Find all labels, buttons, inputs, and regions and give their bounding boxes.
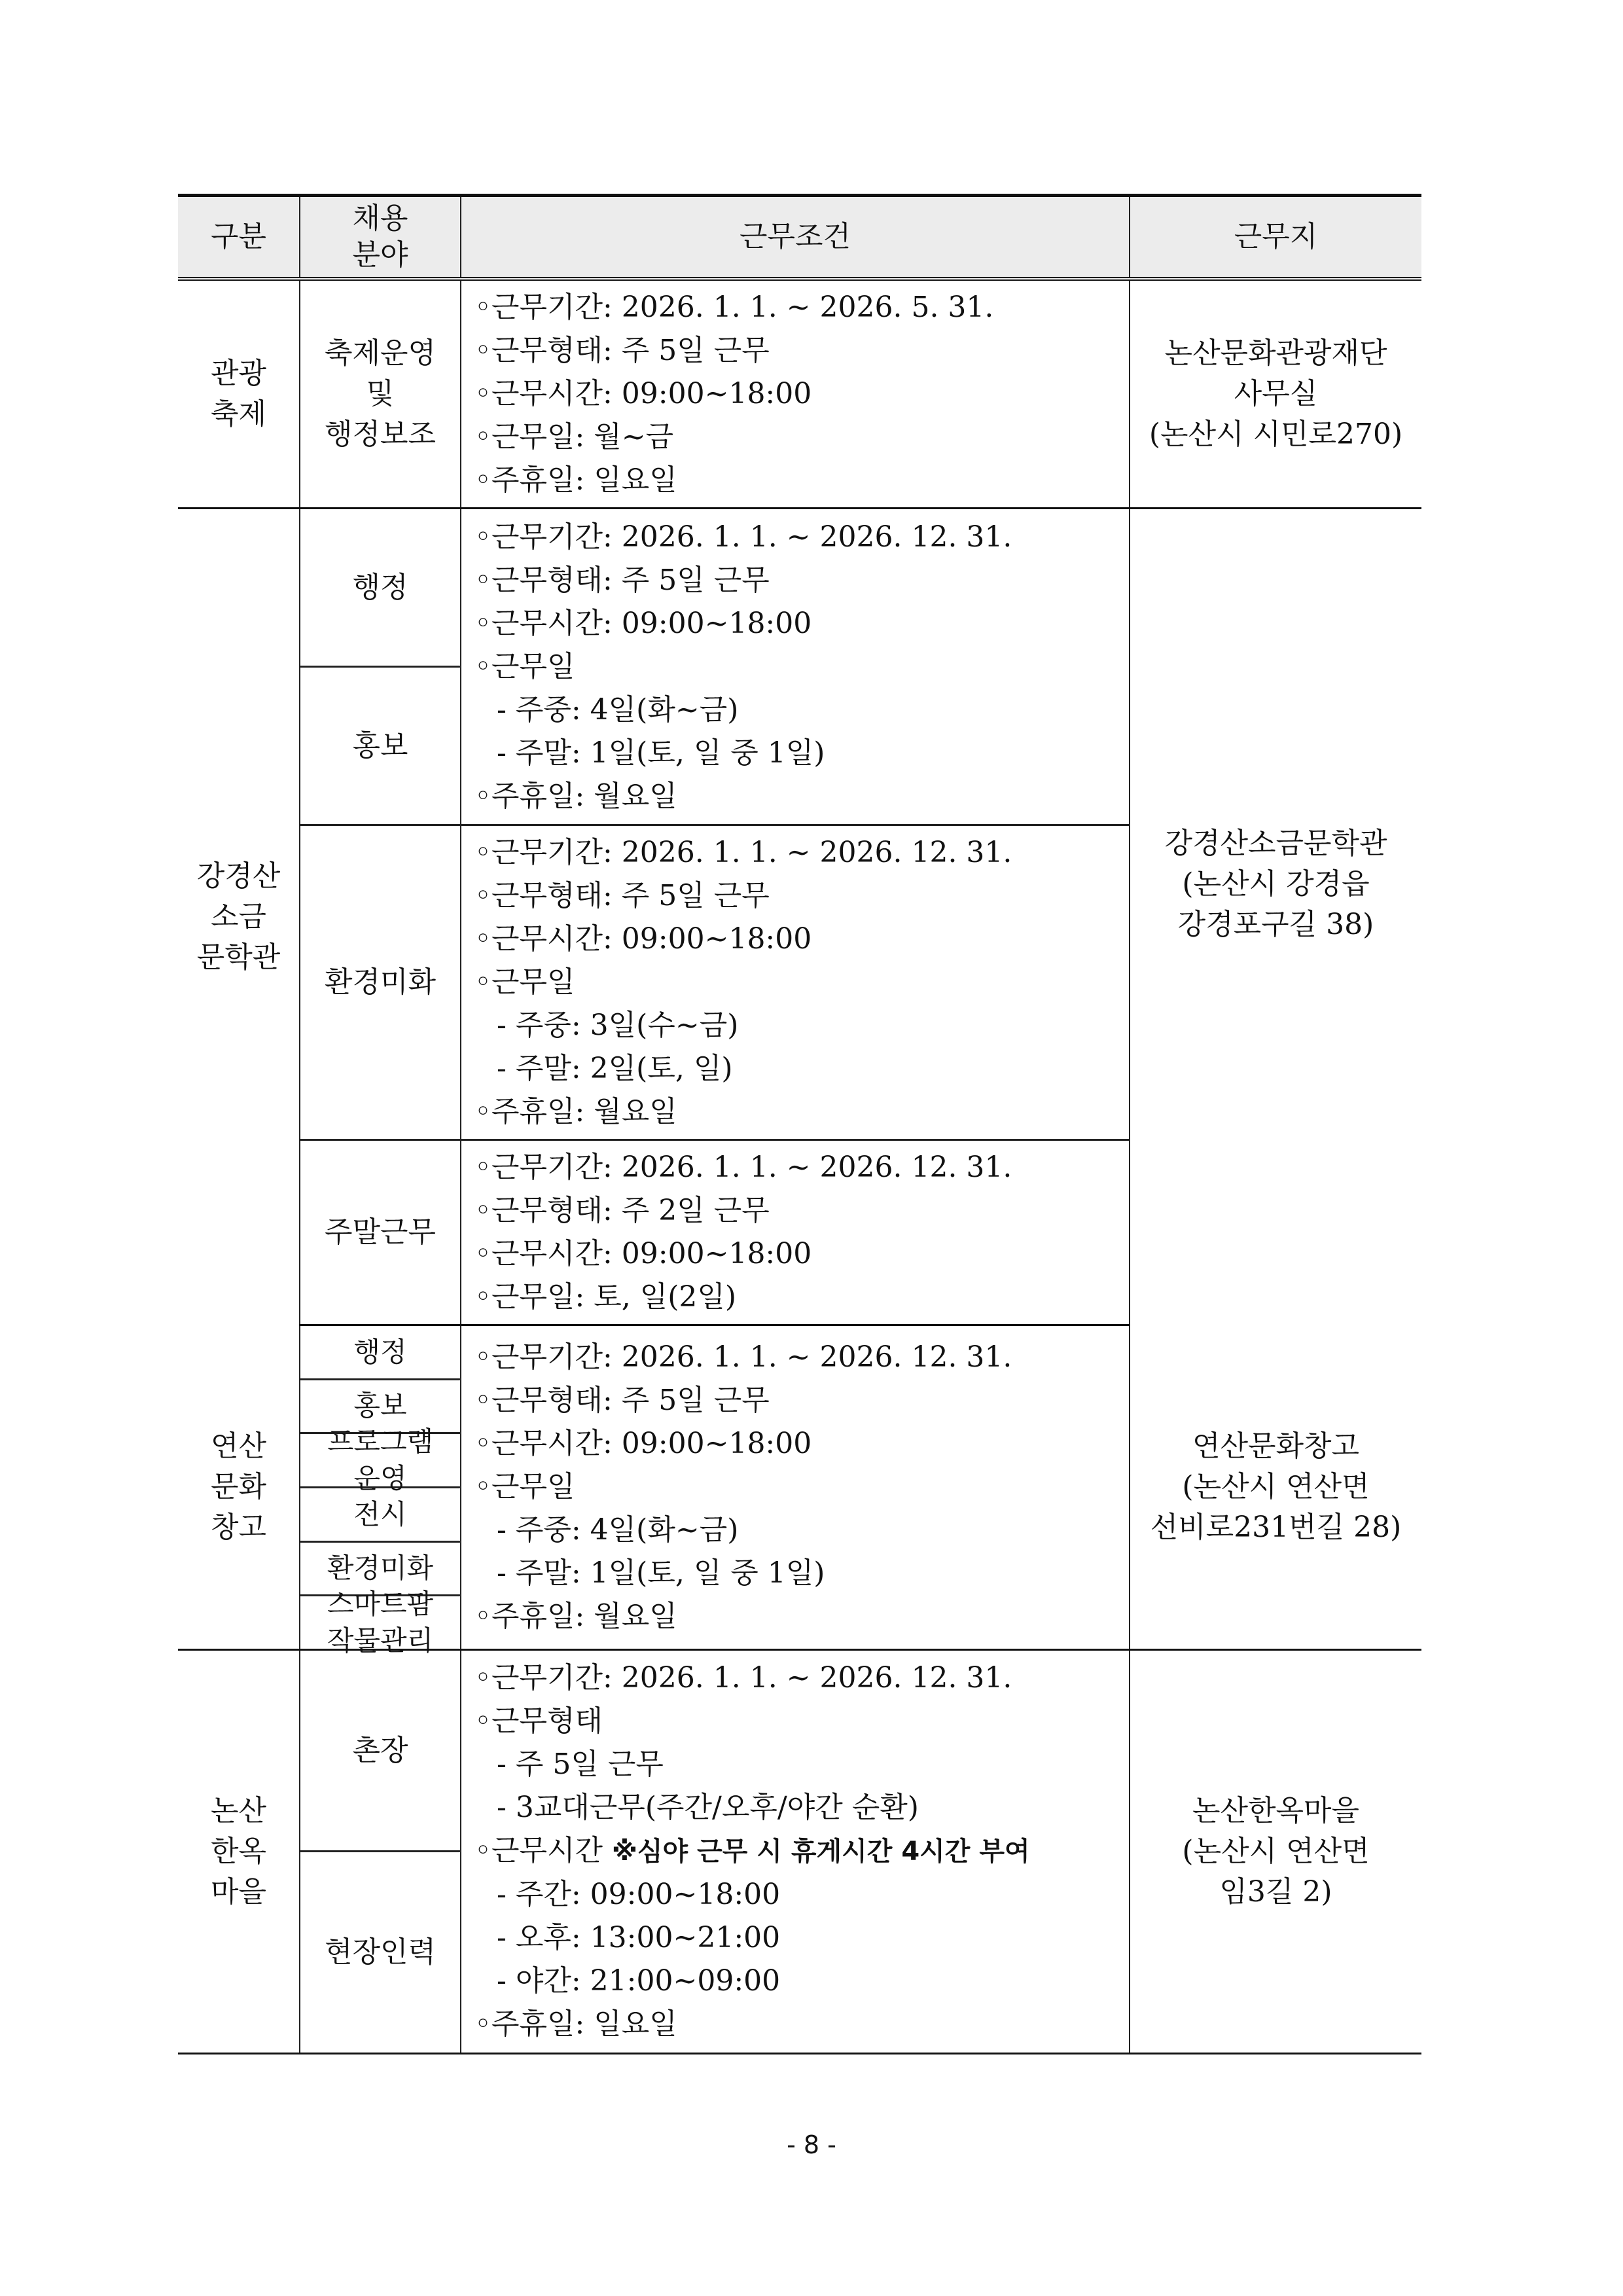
condition-item: ◦근무시간: 09:00~18:00 [474,372,1129,416]
condition-text: ◦근무형태: 주 2일 근무 [474,1194,770,1227]
division-line: 문학관 [178,937,299,978]
location-line: 임3길 2) [1130,1872,1421,1912]
field-item: 행정 [300,1326,460,1380]
division-line: 문화 [178,1467,299,1507]
condition-text: ◦주휴일: 일요일 [474,463,677,497]
division-cell: 강경산소금문학관 [178,509,300,1325]
field-line: 프로그램 [300,1424,460,1460]
condition-text: - 오후: 13:00~21:00 [497,1921,780,1954]
condition-note: ※심야 근무 시 휴게시간 4시간 부여 [612,1837,1030,1867]
condition-subitem: - 주말: 1일(토, 일 중 1일) [474,732,1129,775]
header-location: 근무지 [1130,196,1421,279]
condition-text: ◦근무형태: 주 5일 근무 [474,1384,770,1417]
conditions-cell: ◦근무기간: 2026. 1. 1. ~ 2026. 12. 31.◦근무형태:… [461,825,1130,1140]
condition-text: ◦주휴일: 월요일 [474,780,677,813]
location-line: (논산시 강경읍 [1130,864,1421,905]
field-item: 프로그램운영 [300,1434,460,1488]
condition-text: ◦근무기간: 2026. 1. 1. ~ 2026. 12. 31. [474,836,1012,869]
conditions-cell: ◦근무기간: 2026. 1. 1. ~ 2026. 12. 31.◦근무형태-… [461,1649,1130,2053]
condition-item: ◦근무일: 토, 일(2일) [474,1276,1129,1319]
header-division: 구분 [178,196,300,279]
condition-subitem: - 주간: 09:00~18:00 [474,1873,1129,1916]
field-line: 전시 [300,1496,460,1533]
condition-item: ◦근무시간: 09:00~18:00 [474,918,1129,961]
field-item: 주말근무 [300,1212,460,1253]
field-item: 전시 [300,1488,460,1543]
condition-item: ◦근무형태: 주 2일 근무 [474,1189,1129,1232]
header-field-line1: 채용 [300,200,460,237]
condition-text: - 주중: 4일(화~금) [497,693,738,726]
division-line: 한옥 [178,1831,299,1872]
header-conditions: 근무조건 [461,196,1130,279]
condition-subitem: - 주중: 4일(화~금) [474,689,1129,732]
condition-text: ◦근무기간: 2026. 1. 1. ~ 2026. 12. 31. [474,520,1012,554]
condition-item: ◦근무시간: 09:00~18:00 [474,602,1129,645]
field-cell: 축제운영및행정보조 [300,279,461,509]
condition-item: ◦근무시간: 09:00~18:00 [474,1232,1129,1276]
condition-text: - 주말: 1일(토, 일 중 1일) [497,736,825,770]
condition-subitem: - 주중: 3일(수~금) [474,1004,1129,1047]
location-line: 선비로231번길 28) [1130,1507,1421,1548]
condition-text: - 주간: 09:00~18:00 [497,1878,780,1911]
condition-item: ◦근무기간: 2026. 1. 1. ~ 2026. 5. 31. [474,286,1129,329]
condition-text: ◦근무기간: 2026. 1. 1. ~ 2026. 5. 31. [474,291,993,324]
field-cell: 주말근무 [300,1140,461,1325]
condition-item: ◦근무형태: 주 5일 근무 [474,874,1129,918]
location-line: 연산문화창고 [1130,1426,1421,1467]
condition-text: ◦근무시간: 09:00~18:00 [474,1237,811,1270]
conditions-cell: ◦근무기간: 2026. 1. 1. ~ 2026. 12. 31.◦근무형태:… [461,1325,1130,1650]
field-item: 환경미화 [300,962,460,1003]
condition-item: ◦근무형태: 주 5일 근무 [474,1379,1129,1422]
field-line: 행정 [300,1334,460,1371]
field-cell: 행정홍보프로그램운영전시환경미화스마트팜작물관리 [300,1325,461,1650]
location-line: 논산문화관광재단 [1130,333,1421,374]
condition-subitem: - 오후: 13:00~21:00 [474,1916,1129,1960]
field-line: 작물관리 [300,1623,460,1659]
condition-text: ◦근무시간 [474,1834,612,1867]
field-line: 환경미화 [300,962,460,1003]
field-line: 축제운영 [300,333,460,374]
division-cell: 관광축제 [178,279,300,509]
division-line: 관광 [178,353,299,394]
condition-text: - 3교대근무(주간/오후/야간 순환) [497,1791,919,1824]
field-line: 행정보조 [300,414,460,455]
table-row: 논산한옥마을촌장현장인력◦근무기간: 2026. 1. 1. ~ 2026. 1… [178,1649,1421,2053]
condition-text: ◦주휴일: 월요일 [474,1600,677,1633]
condition-text: ◦근무시간: 09:00~18:00 [474,922,811,956]
header-field-line2: 분야 [300,237,460,274]
condition-subitem: - 주중: 4일(화~금) [474,1509,1129,1552]
field-cell: 환경미화 [300,825,461,1140]
division-line: 소금 [178,897,299,937]
condition-subitem: - 3교대근무(주간/오후/야간 순환) [474,1786,1129,1829]
field-line: 현장인력 [300,1932,460,1973]
division-line: 축제 [178,394,299,435]
header-field: 채용 분야 [300,196,461,279]
condition-item: ◦근무일: 월~금 [474,416,1129,459]
location-line: (논산시 연산면 [1130,1831,1421,1872]
condition-text: ◦근무시간: 09:00~18:00 [474,607,811,640]
division-line: 창고 [178,1507,299,1548]
condition-text: - 야간: 21:00~09:00 [497,1964,780,1998]
condition-text: ◦근무일: 토, 일(2일) [474,1280,736,1314]
field-item: 행정 [300,509,460,668]
condition-item: ◦근무기간: 2026. 1. 1. ~ 2026. 12. 31. [474,831,1129,874]
field-line: 주말근무 [300,1212,460,1253]
location-line: (논산시 연산면 [1130,1467,1421,1507]
condition-item: ◦근무형태 [474,1700,1129,1743]
condition-text: ◦근무형태: 주 5일 근무 [474,564,770,597]
location-cell: 연산문화창고(논산시 연산면선비로231번길 28) [1130,1325,1421,1650]
page-number: - 8 - [0,2130,1623,2159]
condition-text: ◦근무일 [474,650,575,683]
condition-text: ◦근무형태: 주 5일 근무 [474,334,770,367]
field-item: 촌장 [300,1651,460,1853]
field-line: 및 [300,374,460,414]
division-line: 연산 [178,1426,299,1467]
field-item: 축제운영및행정보조 [300,333,460,455]
conditions-cell: ◦근무기간: 2026. 1. 1. ~ 2026. 12. 31.◦근무형태:… [461,509,1130,825]
location-line: 강경산소금문학관 [1130,823,1421,864]
table-row: 강경산소금문학관행정홍보◦근무기간: 2026. 1. 1. ~ 2026. 1… [178,509,1421,825]
condition-text: - 주중: 4일(화~금) [497,1513,738,1547]
division-cell: 논산한옥마을 [178,1649,300,2053]
location-line: 논산한옥마을 [1130,1791,1421,1831]
field-line: 홍보 [300,1388,460,1424]
field-line: 운영 [300,1460,460,1497]
field-line: 행정 [300,567,460,608]
division-cell: 연산문화창고 [178,1325,300,1650]
condition-item: ◦근무시간: 09:00~18:00 [474,1422,1129,1465]
condition-text: ◦주휴일: 월요일 [474,1095,677,1128]
condition-text: ◦근무형태: 주 5일 근무 [474,879,770,912]
table-row: 연산문화창고행정홍보프로그램운영전시환경미화스마트팜작물관리◦근무기간: 202… [178,1325,1421,1650]
field-line: 촌장 [300,1731,460,1771]
condition-item: ◦주휴일: 월요일 [474,775,1129,818]
field-line: 환경미화 [300,1550,460,1587]
condition-text: ◦근무기간: 2026. 1. 1. ~ 2026. 12. 31. [474,1340,1012,1374]
location-cell: 논산문화관광재단사무실(논산시 시민로270) [1130,279,1421,509]
condition-text: ◦근무일: 월~금 [474,420,673,454]
location-line: 사무실 [1130,374,1421,414]
location-cell: 논산한옥마을(논산시 연산면임3길 2) [1130,1649,1421,2053]
condition-item: ◦근무일 [474,645,1129,689]
field-cell: 촌장현장인력 [300,1649,461,2053]
condition-subitem: - 주 5일 근무 [474,1743,1129,1786]
table-header-row: 구분 채용 분야 근무조건 근무지 [178,196,1421,279]
field-item: 홍보 [300,668,460,824]
condition-text: ◦근무일 [474,965,575,999]
condition-item: ◦근무기간: 2026. 1. 1. ~ 2026. 12. 31. [474,516,1129,559]
condition-text: ◦주휴일: 일요일 [474,2007,677,2041]
condition-text: - 주말: 2일(토, 일) [497,1052,732,1085]
location-cell: 강경산소금문학관(논산시 강경읍강경포구길 38) [1130,509,1421,1325]
condition-text: - 주 5일 근무 [497,1748,664,1781]
condition-item: ◦근무일 [474,1465,1129,1509]
work-conditions-table: 구분 채용 분야 근무조건 근무지 관광축제축제운영및행정보조◦근무기간: 20… [178,194,1421,2054]
field-line: 홍보 [300,726,460,766]
condition-item: ◦주휴일: 월요일 [474,1595,1129,1638]
table-row: 관광축제축제운영및행정보조◦근무기간: 2026. 1. 1. ~ 2026. … [178,279,1421,509]
condition-item: ◦근무형태: 주 5일 근무 [474,559,1129,602]
condition-item: ◦근무기간: 2026. 1. 1. ~ 2026. 12. 31. [474,1146,1129,1189]
condition-text: ◦근무기간: 2026. 1. 1. ~ 2026. 12. 31. [474,1151,1012,1184]
field-cell: 행정홍보 [300,509,461,825]
condition-text: - 주중: 3일(수~금) [497,1009,738,1042]
condition-text: ◦근무시간: 09:00~18:00 [474,377,811,410]
division-line: 마을 [178,1872,299,1912]
table-body: 관광축제축제운영및행정보조◦근무기간: 2026. 1. 1. ~ 2026. … [178,279,1421,2053]
division-line: 논산 [178,1791,299,1831]
location-line: 강경포구길 38) [1130,905,1421,945]
location-line: (논산시 시민로270) [1130,414,1421,455]
condition-subitem: - 주말: 1일(토, 일 중 1일) [474,1552,1129,1595]
condition-item: ◦주휴일: 일요일 [474,459,1129,502]
field-line: 스마트팜 [300,1586,460,1623]
condition-text: - 주말: 1일(토, 일 중 1일) [497,1556,825,1590]
conditions-cell: ◦근무기간: 2026. 1. 1. ~ 2026. 5. 31.◦근무형태: … [461,279,1130,509]
condition-text: ◦근무시간: 09:00~18:00 [474,1427,811,1460]
condition-item: ◦근무기간: 2026. 1. 1. ~ 2026. 12. 31. [474,1657,1129,1700]
condition-item: ◦주휴일: 월요일 [474,1090,1129,1134]
condition-text: ◦근무형태 [474,1704,603,1738]
condition-text: ◦근무기간: 2026. 1. 1. ~ 2026. 12. 31. [474,1661,1012,1695]
division-line: 강경산 [178,856,299,897]
condition-subitem: - 야간: 21:00~09:00 [474,1960,1129,2003]
condition-item: ◦근무형태: 주 5일 근무 [474,329,1129,372]
condition-subitem: - 주말: 2일(토, 일) [474,1047,1129,1090]
field-item: 현장인력 [300,1852,460,2053]
field-item: 스마트팜작물관리 [300,1596,460,1649]
condition-item: ◦근무일 [474,961,1129,1004]
condition-item: ◦근무시간 ※심야 근무 시 휴게시간 4시간 부여 [474,1829,1129,1873]
condition-item: ◦주휴일: 일요일 [474,2003,1129,2046]
condition-item: ◦근무기간: 2026. 1. 1. ~ 2026. 12. 31. [474,1336,1129,1379]
condition-text: ◦근무일 [474,1470,575,1503]
conditions-cell: ◦근무기간: 2026. 1. 1. ~ 2026. 12. 31.◦근무형태:… [461,1140,1130,1325]
